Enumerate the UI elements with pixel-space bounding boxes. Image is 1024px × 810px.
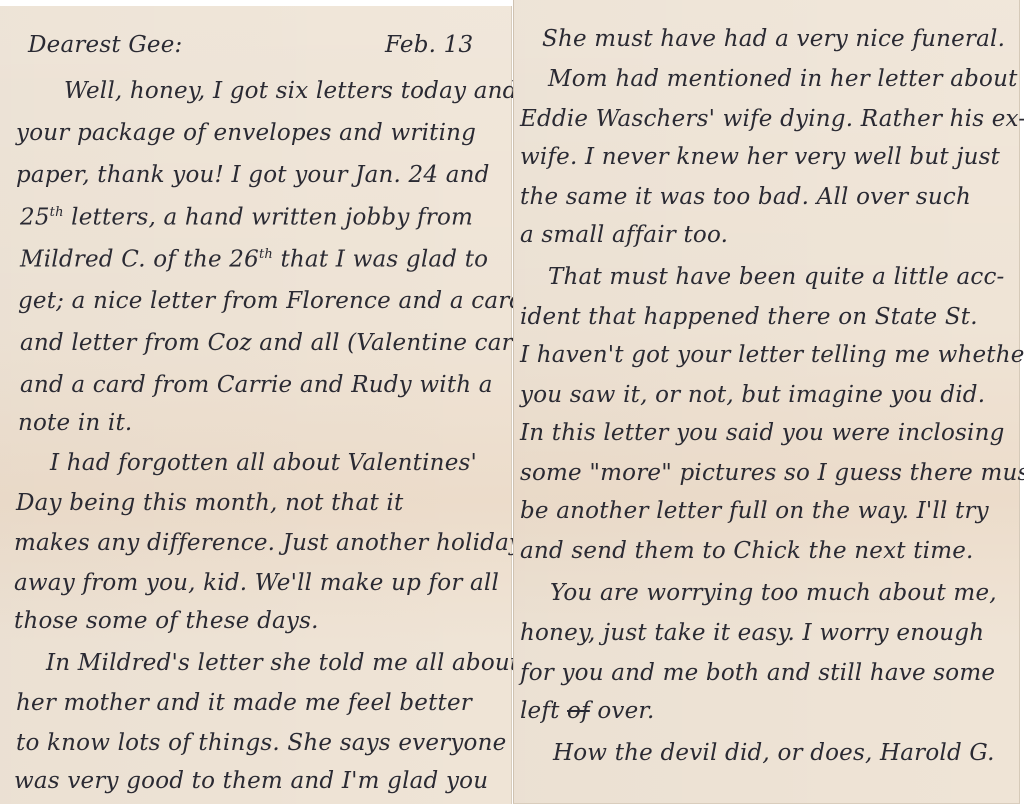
letter-line: and send them to Chick the next time. bbox=[520, 540, 974, 563]
letter-line: and letter from Coz and all (Valentine c… bbox=[20, 332, 537, 355]
letter-page-left: Dearest Gee: Feb. 13 Well, honey, I got … bbox=[0, 6, 512, 804]
letter-line: Day being this month, not that it bbox=[16, 492, 403, 515]
letter-line: wife. I never knew her very well but jus… bbox=[520, 146, 1000, 169]
letter-line: you saw it, or not, but imagine you did. bbox=[520, 384, 985, 407]
letter-line: I had forgotten all about Valentines' bbox=[50, 452, 477, 475]
letter-line: Eddie Waschers' wife dying. Rather his e… bbox=[520, 108, 1024, 131]
letter-line: some "more" pictures so I guess there mu… bbox=[520, 462, 1024, 485]
letter-line: those some of these days. bbox=[14, 610, 319, 633]
letter-line: her mother and it made me feel better bbox=[16, 692, 472, 715]
letter-page-right: She must have had a very nice funeral. M… bbox=[513, 0, 1020, 804]
letter-line: 25th letters, a hand written jobby from bbox=[20, 206, 473, 230]
letter-line: away from you, kid. We'll make up for al… bbox=[14, 572, 499, 595]
letter-line: In this letter you said you were inclosi… bbox=[520, 422, 1005, 445]
letter-line: makes any difference. Just another holid… bbox=[14, 532, 522, 555]
letter-line: You are worrying too much about me, bbox=[550, 582, 997, 605]
letter-line: and a card from Carrie and Rudy with a bbox=[20, 374, 493, 397]
letter-line: That must have been quite a little acc- bbox=[548, 266, 1005, 289]
letter-line: to know lots of things. She says everyon… bbox=[16, 732, 506, 755]
letter-line: I haven't got your letter telling me whe… bbox=[520, 344, 1024, 367]
letter-line: Well, honey, I got six letters today and bbox=[64, 80, 518, 103]
letter-line: In Mildred's letter she told me all abou… bbox=[46, 652, 519, 675]
letter-line: paper, thank you! I got your Jan. 24 and bbox=[16, 164, 490, 187]
letter-line: get; a nice letter from Florence and a c… bbox=[18, 290, 524, 313]
salutation: Dearest Gee: bbox=[28, 34, 182, 57]
letter-line: left of over. bbox=[520, 700, 655, 723]
letter-line: Mildred C. of the 26th that I was glad t… bbox=[20, 248, 488, 272]
letter-line: the same it was too bad. All over such bbox=[520, 186, 971, 209]
letter-line: note in it. bbox=[18, 412, 132, 435]
letter-line: She must have had a very nice funeral. bbox=[542, 28, 1005, 51]
letter-line: ident that happened there on State St. bbox=[520, 306, 978, 329]
letter-line: was very good to them and I'm glad you bbox=[14, 770, 488, 793]
letter-line: Mom had mentioned in her letter about bbox=[548, 68, 1018, 91]
strikethrough-word: of bbox=[567, 698, 590, 724]
letter-line: be another letter full on the way. I'll … bbox=[520, 500, 989, 523]
letter-line: a small affair too. bbox=[520, 224, 728, 247]
letter-line: your package of envelopes and writing bbox=[16, 122, 476, 145]
letter-line: honey, just take it easy. I worry enough bbox=[520, 622, 984, 645]
letter-date: Feb. 13 bbox=[385, 34, 473, 57]
letter-line: for you and me both and still have some bbox=[520, 662, 995, 685]
